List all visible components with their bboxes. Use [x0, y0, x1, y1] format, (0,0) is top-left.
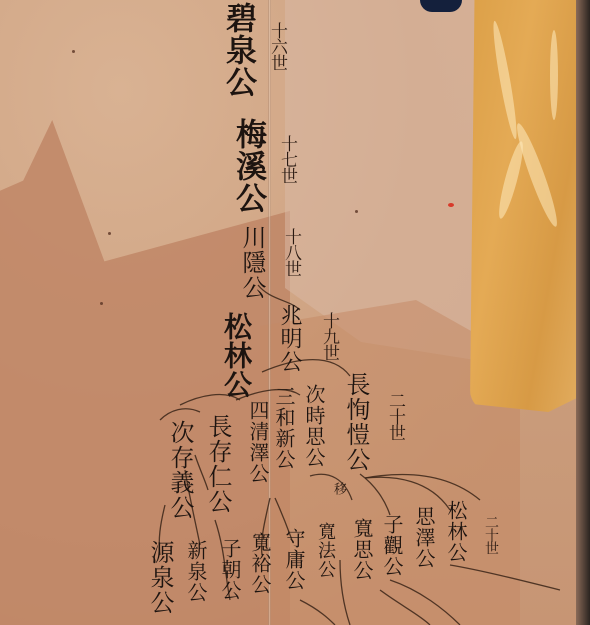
name-changcunren: 長存仁公	[206, 414, 230, 514]
name-cishisi: 次時思公	[304, 384, 324, 468]
name-chuanyin: 川隱公	[240, 225, 264, 300]
name-zhaoming: 兆明公	[278, 304, 300, 373]
name-size: 思澤公	[414, 506, 434, 569]
name-xinquan: 新泉公	[186, 540, 206, 603]
name-cicunyi: 次存義公	[168, 420, 192, 520]
generation-label-20: 二十世	[386, 392, 403, 440]
name-sanhexin: 三和新公	[274, 386, 294, 470]
generation-label-20-right: 二十世	[484, 515, 498, 554]
name-meixi: 梅溪公	[232, 118, 263, 214]
generation-label-18: 十八世	[282, 228, 299, 276]
name-siqingze: 四清澤公	[248, 400, 268, 484]
name-kuanyu: 寬裕公	[250, 532, 270, 595]
generation-label-19: 十九世	[320, 312, 337, 360]
generation-label-17: 十七世	[278, 135, 295, 183]
generation-label-16: 十六世	[268, 22, 285, 70]
name-kuansi: 寬思公	[352, 518, 372, 581]
annotation-note: 移	[332, 482, 345, 494]
name-songlin-descendant: 松林公	[446, 500, 466, 563]
name-ziguan: 子觀公	[382, 514, 402, 577]
name-biquan: 碧泉公	[222, 2, 253, 98]
name-yuanquan: 源泉公	[148, 540, 172, 615]
name-shouyong: 守庸公	[284, 528, 304, 591]
name-zichao: 子朝公	[220, 538, 240, 601]
name-changxunkai: 長恂愷公	[344, 372, 368, 472]
name-kuanfa: 寬法公	[316, 522, 334, 579]
genealogy-page: 十六世 十七世 十八世 十九世 二十世 二十世 碧泉公 梅溪公 川隱公 松林公 …	[0, 0, 590, 625]
name-songlin: 松林公	[222, 312, 250, 399]
